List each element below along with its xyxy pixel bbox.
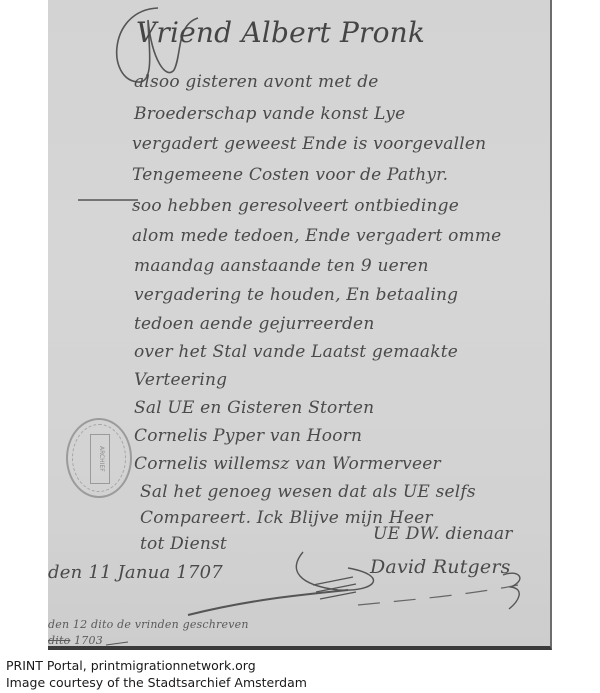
note-year: 1703	[74, 634, 103, 647]
archive-note-year: dito 1703	[48, 634, 103, 647]
letter-line: tot Dienst	[140, 534, 227, 554]
letter-line: soo hebben geresolveert ontbiedinge	[132, 196, 459, 216]
letter-greeting: Vriend Albert Pronk	[136, 16, 425, 49]
letter-line: over het Stal vande Laatst gemaakte	[134, 342, 458, 362]
letter-date: den 11 Janua 1707	[48, 562, 223, 583]
letter-line: Tengemeene Costen voor de Pathyr.	[132, 165, 448, 185]
letter-line: Sal het genoeg wesen dat als UE selfs	[140, 482, 476, 502]
caption-source: PRINT Portal, printmigrationnetwork.org	[6, 658, 256, 673]
letter-line: Cornelis willemsz van Wormerveer	[134, 454, 441, 474]
letter-line: Sal UE en Gisteren Storten	[134, 398, 374, 418]
letter-paper: Vriend Albert Pronk alsoo gisteren avont…	[48, 0, 552, 650]
archive-stamp-icon: ARCHIEF AMSTERDAM	[66, 418, 132, 498]
letter-line: Verteering	[134, 370, 227, 390]
archive-note: den 12 dito de vrinden geschreven	[48, 618, 249, 631]
caption-credit: Image courtesy of the Stadtsarchief Amst…	[6, 675, 307, 690]
letter-closing: UE DW. dienaar	[373, 524, 513, 544]
letter-line: alom mede tedoen, Ende vergadert omme	[132, 226, 501, 246]
letter-line: Cornelis Pyper van Hoorn	[134, 426, 362, 446]
letter-line: maandag aanstaande ten 9 ueren	[134, 256, 429, 276]
letter-line: Broederschap vande konst Lye	[134, 104, 405, 124]
struck-text: dito	[48, 634, 70, 647]
letter-line: alsoo gisteren avont met de	[134, 72, 379, 92]
letter-line: vergadert geweest Ende is voorgevallen	[132, 134, 486, 154]
stamp-label: ARCHIEF AMSTERDAM	[90, 434, 110, 484]
letter-signature: David Rutgers	[370, 556, 511, 578]
letter-line: vergadering te houden, En betaaling	[134, 285, 458, 305]
letter-line: tedoen aende gejurreerden	[134, 314, 374, 334]
